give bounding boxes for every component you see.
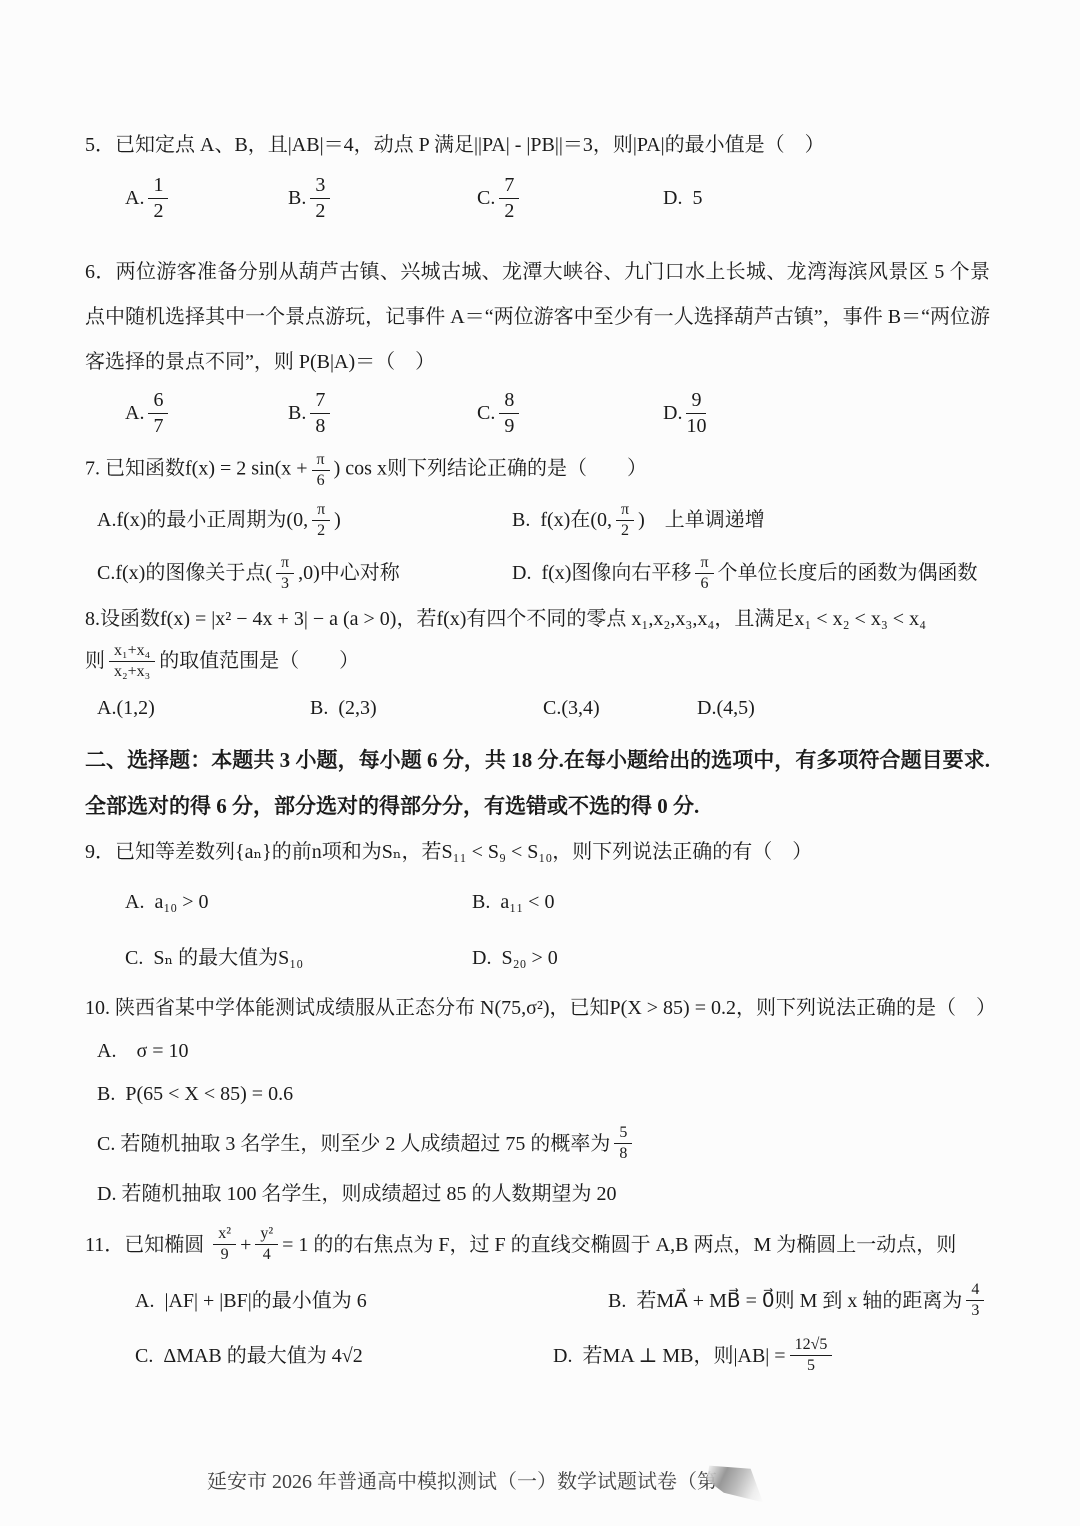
stem-text: 的取值范围是（ ） <box>159 646 359 676</box>
fraction: y²4 <box>255 1225 278 1263</box>
question-8-stem-line2: 则x₁+x₄x₂+x₃的取值范围是（ ） <box>85 638 990 684</box>
question-11-option-b: B. 若MA⃗ + MB⃗ = 0⃗则 M 到 x 轴的距离为43 <box>608 1281 988 1319</box>
fraction-denominator: 6 <box>695 574 713 593</box>
option-text: ) 上单调递增 <box>638 505 765 535</box>
fraction-numerator: x² <box>213 1225 236 1245</box>
question-6-options: A.67 B.78 C.89 D.910 <box>125 387 990 439</box>
stem-text: 11．已知椭圆 <box>85 1230 209 1260</box>
question-5-stem: 5．已知定点 A、B，且|AB|＝4，动点 P 满足||PA| - |PB||＝… <box>85 130 990 160</box>
fraction: π2 <box>312 501 330 539</box>
question-9-option-d: D. S₂₀ > 0 <box>472 943 558 973</box>
question-7-option-a: A.f(x)的最小正周期为(0,π2) <box>97 501 512 539</box>
fraction-denominator: 9 <box>213 1245 236 1264</box>
option-text: C.f(x)的图像关于点( <box>97 558 272 588</box>
stem-text: ) cos x则下列结论正确的是（ ） <box>334 458 647 480</box>
option-text: A.f(x)的最小正周期为(0, <box>97 505 308 535</box>
question-9-options-row2: C. Sₙ 的最大值为S₁₀ D. S₂₀ > 0 <box>125 943 990 973</box>
question-9-options-row1: A. a₁₀ > 0 B. a₁₁ < 0 <box>125 887 990 917</box>
fraction-denominator: 4 <box>255 1245 278 1264</box>
option-text: B. 若MA⃗ + MB⃗ = 0⃗则 M 到 x 轴的距离为 <box>608 1286 962 1316</box>
option-text: ,0)中心对称 <box>298 558 400 588</box>
fraction-numerator: π <box>312 501 330 521</box>
fraction: x²9 <box>213 1225 236 1263</box>
section-2-header: 二、选择题：本题共 3 小题，每小题 6 分，共 18 分.在每小题给出的选项中… <box>85 737 990 829</box>
fraction-numerator: 6 <box>148 389 168 414</box>
question-9-option-b: B. a₁₁ < 0 <box>472 887 554 917</box>
option-label: B. <box>288 183 306 213</box>
page-curl-shadow <box>707 1464 763 1504</box>
question-7-options-row1: A.f(x)的最小正周期为(0,π2) B. f(x)在(0,π2) 上单调递增 <box>97 498 990 542</box>
stem-text: 7. 已知函数f(x) = 2 sin(x + <box>85 458 308 480</box>
question-7-option-b: B. f(x)在(0,π2) 上单调递增 <box>512 501 765 539</box>
fraction-denominator: 2 <box>616 521 634 540</box>
fraction: 12√55 <box>790 1336 833 1374</box>
option-label: C. <box>477 398 495 428</box>
fraction-denominator: 5 <box>790 1356 833 1375</box>
option-label: B. <box>288 398 306 428</box>
fraction-denominator: 2 <box>312 521 330 540</box>
question-11-option-c: C. ΔMAB 的最大值为 4√2 <box>135 1341 553 1371</box>
question-5-options: A.12 B.32 C.72 D. 5 <box>125 172 990 224</box>
question-11-stem: 11．已知椭圆 x²9+y²4= 1 的的右焦点为 F，过 F 的直线交椭圆于 … <box>85 1221 990 1269</box>
fraction-denominator: 2 <box>310 199 330 223</box>
fraction-numerator: x₁+x₄ <box>109 642 155 662</box>
question-9-option-a: A. a₁₀ > 0 <box>125 887 472 917</box>
fraction: 72 <box>499 174 519 223</box>
question-8-option-b: B. (2,3) <box>310 693 543 723</box>
question-6-option-c: C.89 <box>477 389 663 438</box>
question-5-option-a: A.12 <box>125 174 288 223</box>
fraction: 32 <box>310 174 330 223</box>
question-11-options-row1: A. |AF| + |BF|的最小值为 6 B. 若MA⃗ + MB⃗ = 0⃗… <box>135 1279 990 1323</box>
fraction: 78 <box>310 389 330 438</box>
fraction-numerator: 5 <box>614 1124 632 1144</box>
fraction: x₁+x₄x₂+x₃ <box>109 642 155 680</box>
question-10-stem: 10. 陕西省某中学体能测试成绩服从正态分布 N(75,σ²)，已知P(X > … <box>85 993 990 1023</box>
fraction: π6 <box>312 451 330 489</box>
question-10-option-a: A. σ = 10 <box>97 1036 990 1066</box>
fraction: 12 <box>148 174 168 223</box>
fraction-numerator: 12√5 <box>790 1336 833 1356</box>
option-label: D. <box>663 398 682 428</box>
question-5-option-d: D. 5 <box>663 183 702 213</box>
fraction: 910 <box>686 389 706 438</box>
fraction-denominator: 8 <box>614 1144 632 1163</box>
stem-text: 则 <box>85 646 105 676</box>
question-9-option-c: C. Sₙ 的最大值为S₁₀ <box>125 943 472 973</box>
fraction: 89 <box>499 389 519 438</box>
fraction-numerator: 7 <box>499 174 519 199</box>
option-text: C. 若随机抽取 3 名学生，则至少 2 人成绩超过 75 的概率为 <box>97 1129 610 1159</box>
fraction-denominator: 3 <box>966 1301 984 1320</box>
question-7-option-c: C.f(x)的图像关于点(π3,0)中心对称 <box>97 554 512 592</box>
fraction-numerator: y² <box>255 1225 278 1245</box>
question-7-stem: 7. 已知函数f(x) = 2 sin(x +π6) cos x则下列结论正确的… <box>85 451 990 489</box>
fraction-numerator: 7 <box>310 389 330 414</box>
fraction-numerator: π <box>312 451 330 471</box>
fraction-denominator: 9 <box>499 414 519 438</box>
question-6-option-d: D.910 <box>663 389 710 438</box>
stem-text: = 1 的的右焦点为 F，过 F 的直线交椭圆于 A,B 两点，M 为椭圆上一动… <box>282 1230 956 1260</box>
question-6-option-a: A.67 <box>125 389 288 438</box>
question-5: 5．已知定点 A、B，且|AB|＝4，动点 P 满足||PA| - |PB||＝… <box>85 130 990 224</box>
fraction: 58 <box>614 1124 632 1162</box>
option-label: A. <box>125 183 144 213</box>
question-8-stem-line1: 8.设函数f(x) = |x² − 4x + 3| − a (a > 0)，若f… <box>85 604 990 634</box>
fraction: π6 <box>695 554 713 592</box>
fraction: π3 <box>276 554 294 592</box>
page-footer: 延安市 2026 年普通高中模拟测试（一）数学试题试卷（第 <box>0 1460 1080 1504</box>
exam-page: 5．已知定点 A、B，且|AB|＝4，动点 P 满足||PA| - |PB||＝… <box>0 0 1080 1526</box>
question-6-option-b: B.78 <box>288 389 477 438</box>
fraction-numerator: π <box>695 554 713 574</box>
fraction-denominator: 2 <box>499 199 519 223</box>
question-10-option-d: D. 若随机抽取 100 名学生，则成绩超过 85 的人数期望为 20 <box>97 1179 990 1209</box>
question-7-option-d: D. f(x)图像向右平移π6个单位长度后的函数为偶函数 <box>512 554 978 592</box>
option-text: 个单位长度后的函数为偶函数 <box>718 558 978 588</box>
option-text: ) <box>334 505 341 535</box>
option-label: A. <box>125 398 144 428</box>
question-8-option-d: D.(4,5) <box>697 693 755 723</box>
question-8-option-c: C.(3,4) <box>543 693 697 723</box>
fraction-numerator: 1 <box>148 174 168 199</box>
option-text: D. f(x)图像向右平移 <box>512 558 691 588</box>
question-8-options: A.(1,2) B. (2,3) C.(3,4) D.(4,5) <box>97 693 990 723</box>
footer-text: 延安市 2026 年普通高中模拟测试（一）数学试题试卷（第 <box>207 1467 717 1497</box>
fraction-numerator: 9 <box>686 389 706 414</box>
fraction-denominator: 10 <box>686 414 706 438</box>
question-5-option-c: C.72 <box>477 174 663 223</box>
stem-text: + <box>240 1230 251 1260</box>
fraction-denominator: x₂+x₃ <box>109 662 155 681</box>
fraction-denominator: 6 <box>312 471 330 490</box>
question-9: 9．已知等差数列{aₙ}的前n项和为Sₙ，若S₁₁ < S₉ < S₁₀，则下列… <box>85 837 990 973</box>
question-8-option-a: A.(1,2) <box>97 693 310 723</box>
fraction-denominator: 7 <box>148 414 168 438</box>
fraction-numerator: π <box>616 501 634 521</box>
question-11-option-d: D. 若MA ⊥ MB，则|AB| =12√55 <box>553 1336 836 1374</box>
question-7-options-row2: C.f(x)的图像关于点(π3,0)中心对称 D. f(x)图像向右平移π6个单… <box>97 551 990 595</box>
fraction: 43 <box>966 1281 984 1319</box>
fraction-denominator: 3 <box>276 574 294 593</box>
fraction: 67 <box>148 389 168 438</box>
fraction-numerator: 3 <box>310 174 330 199</box>
option-text: D. 若MA ⊥ MB，则|AB| = <box>553 1341 786 1371</box>
question-10: 10. 陕西省某中学体能测试成绩服从正态分布 N(75,σ²)，已知P(X > … <box>85 993 990 1209</box>
option-label: C. <box>477 183 495 213</box>
question-10-option-c: C. 若随机抽取 3 名学生，则至少 2 人成绩超过 75 的概率为58 <box>97 1122 990 1166</box>
question-11-options-row2: C. ΔMAB 的最大值为 4√2 D. 若MA ⊥ MB，则|AB| =12√… <box>135 1333 990 1379</box>
question-11-option-a: A. |AF| + |BF|的最小值为 6 <box>135 1286 608 1316</box>
fraction-denominator: 8 <box>310 414 330 438</box>
option-text: B. f(x)在(0, <box>512 505 612 535</box>
question-11: 11．已知椭圆 x²9+y²4= 1 的的右焦点为 F，过 F 的直线交椭圆于 … <box>85 1221 990 1379</box>
question-5-option-b: B.32 <box>288 174 477 223</box>
question-7: 7. 已知函数f(x) = 2 sin(x +π6) cos x则下列结论正确的… <box>85 451 990 595</box>
question-9-stem: 9．已知等差数列{aₙ}的前n项和为Sₙ，若S₁₁ < S₉ < S₁₀，则下列… <box>85 837 990 867</box>
question-6: 6．两位游客准备分别从葫芦古镇、兴城古城、龙潭大峡谷、九门口水上长城、龙湾海滨风… <box>85 250 990 439</box>
fraction-numerator: 4 <box>966 1281 984 1301</box>
fraction: π2 <box>616 501 634 539</box>
question-8: 8.设函数f(x) = |x² − 4x + 3| − a (a > 0)，若f… <box>85 604 990 723</box>
exam-content: 5．已知定点 A、B，且|AB|＝4，动点 P 满足||PA| - |PB||＝… <box>85 130 990 1379</box>
question-10-option-b: B. P(65 < X < 85) = 0.6 <box>97 1079 990 1109</box>
fraction-numerator: 8 <box>499 389 519 414</box>
fraction-denominator: 2 <box>148 199 168 223</box>
question-6-stem: 6．两位游客准备分别从葫芦古镇、兴城古城、龙潭大峡谷、九门口水上长城、龙湾海滨风… <box>85 250 990 385</box>
fraction-numerator: π <box>276 554 294 574</box>
